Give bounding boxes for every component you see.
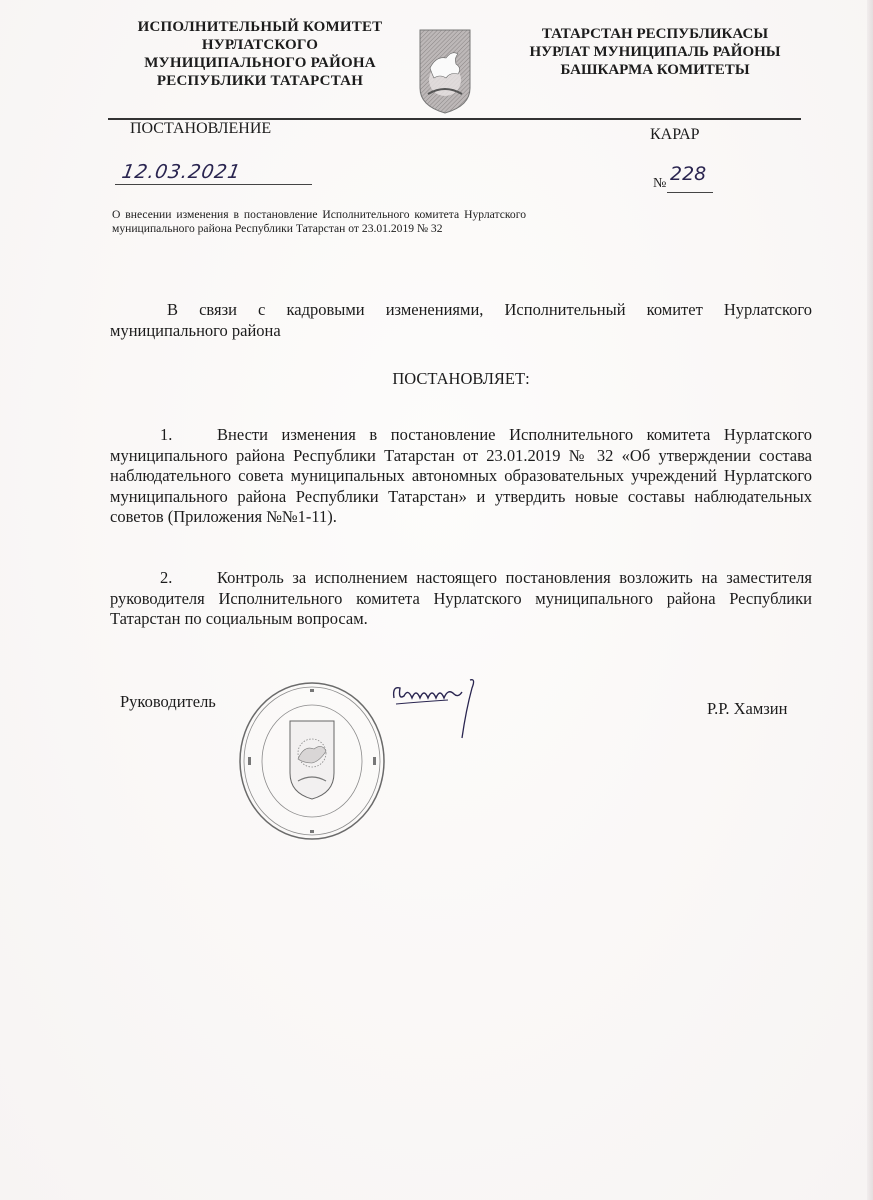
date-underline xyxy=(115,184,312,185)
official-seal-icon xyxy=(232,681,392,841)
item-number: 1. xyxy=(160,425,217,446)
number-underline xyxy=(667,192,713,193)
document-number: 228 xyxy=(670,163,706,185)
document-subject: О внесении изменения в постановление Исп… xyxy=(112,208,526,235)
header-left-line: НУРЛАТСКОГО xyxy=(110,36,410,54)
header-left-line: ИСПОЛНИТЕЛЬНЫЙ КОМИТЕТ xyxy=(110,18,410,36)
document-page: ИСПОЛНИТЕЛЬНЫЙ КОМИТЕТ НУРЛАТСКОГО МУНИЦ… xyxy=(0,0,873,1200)
header-left-line: МУНИЦИПАЛЬНОГО РАЙОНА xyxy=(110,54,410,72)
document-date: 12.03.2021 xyxy=(120,161,243,183)
header-right-line: БАШКАРМА КОМИТЕТЫ xyxy=(495,61,815,79)
number-sign: № xyxy=(653,176,666,192)
header-left-line: РЕСПУБЛИКИ ТАТАРСТАН xyxy=(110,72,410,90)
header-left-russian: ИСПОЛНИТЕЛЬНЫЙ КОМИТЕТ НУРЛАТСКОГО МУНИЦ… xyxy=(110,18,410,90)
list-item: 2.Контроль за исполнением настоящего пос… xyxy=(110,568,812,630)
label-karar: КАРАР xyxy=(650,126,700,144)
coat-of-arms-icon xyxy=(418,28,472,114)
handwritten-signature-icon xyxy=(388,676,483,746)
header-right-line: ТАТАРСТАН РЕСПУБЛИКАСЫ xyxy=(495,25,815,43)
signatory-role: Руководитель xyxy=(120,692,216,712)
decree-heading: ПОСТАНОВЛЯЕТ: xyxy=(110,369,812,389)
list-item: 1.Внести изменения в постановление Испол… xyxy=(110,425,812,528)
label-postanovlenie: ПОСТАНОВЛЕНИЕ xyxy=(130,120,271,138)
signatory-name: Р.Р. Хамзин xyxy=(707,699,787,719)
header-right-line: НУРЛАТ МУНИЦИПАЛЬ РАЙОНЫ xyxy=(495,43,815,61)
item-number: 2. xyxy=(160,568,217,589)
page-edge xyxy=(867,0,873,1200)
header-right-tatar: ТАТАРСТАН РЕСПУБЛИКАСЫ НУРЛАТ МУНИЦИПАЛЬ… xyxy=(495,25,815,79)
intro-paragraph: В связи с кадровыми изменениями, Исполни… xyxy=(110,300,812,341)
